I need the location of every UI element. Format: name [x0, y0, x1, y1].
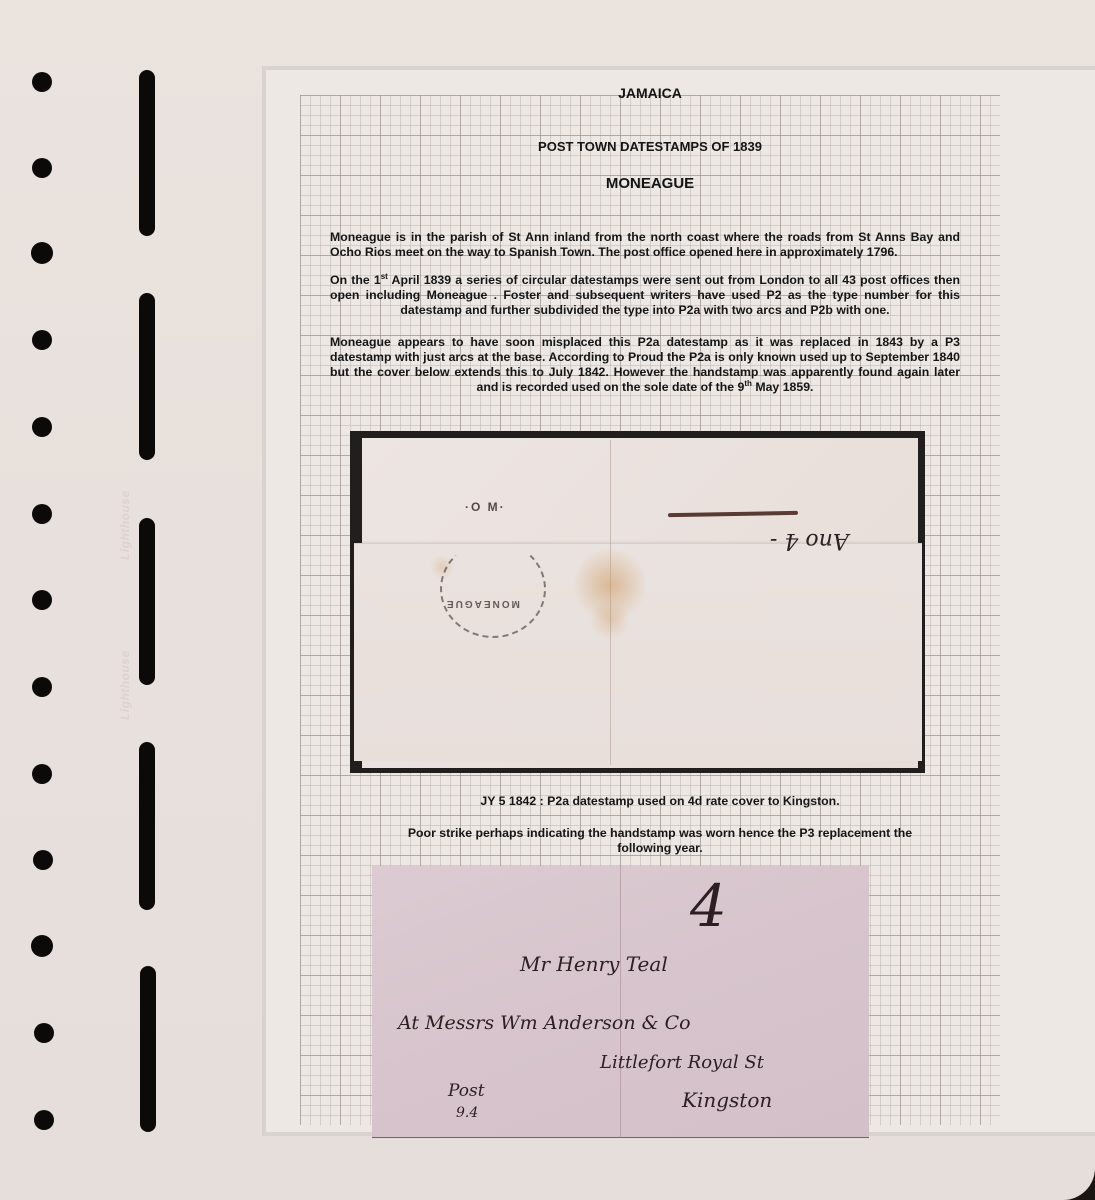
- punch-hole: [32, 72, 52, 92]
- punch-hole: [32, 330, 52, 350]
- page-title-town: MONEAGUE: [300, 175, 1000, 192]
- description-paragraph-datestamps: On the 1st April 1839 a series of circul…: [330, 273, 960, 318]
- punch-hole: [32, 417, 52, 437]
- cover-fold-line: [620, 866, 621, 1138]
- punch-hole: [31, 935, 53, 957]
- album-brand-emboss: Lighthouse: [118, 650, 132, 720]
- post-notation-line: 9.4: [448, 1102, 485, 1124]
- paragraph-text: May 1859.: [752, 380, 814, 394]
- punch-hole: [33, 850, 53, 870]
- cover-caption: JY 5 1842 : P2a datestamp used on 4d rat…: [400, 794, 920, 809]
- punch-hole: [31, 242, 53, 264]
- manuscript-annotation: Ano 4 -: [770, 528, 849, 553]
- album-brand-emboss: Lighthouse: [118, 490, 132, 560]
- datestamp-upper-fragment: ·O M·: [465, 500, 506, 514]
- post-notation-line: Post: [448, 1080, 485, 1102]
- post-notation: Post 9.4: [448, 1080, 485, 1124]
- punch-hole: [32, 504, 52, 524]
- punch-hole: [34, 1110, 54, 1130]
- punch-hole: [32, 158, 52, 178]
- page-title-series: POST TOWN DATESTAMPS OF 1839: [300, 139, 1000, 154]
- page-title-country: JAMAICA: [300, 85, 1000, 101]
- binder-slot: [139, 293, 155, 460]
- manuscript-rate-marking: 4: [690, 872, 727, 940]
- punch-hole: [32, 677, 52, 697]
- circular-datestamp: [440, 540, 546, 638]
- addressee-care-of: At Messrs Wm Anderson & Co: [398, 1012, 691, 1034]
- punch-hole: [32, 590, 52, 610]
- binder-slot: [139, 742, 155, 910]
- punch-hole: [34, 1023, 54, 1043]
- paragraph-text: Moneague appears to have soon misplaced …: [330, 335, 960, 394]
- binder-slot: [140, 966, 156, 1132]
- strike-note: Poor strike perhaps indicating the hands…: [400, 826, 920, 856]
- binder-slot: [139, 518, 155, 685]
- description-paragraph-history: Moneague is in the parish of St Ann inla…: [330, 230, 960, 260]
- addressee-name: Mr Henry Teal: [520, 952, 668, 976]
- ordinal-suffix: st: [381, 272, 388, 281]
- addressee-street: Littlefort Royal St: [600, 1052, 764, 1073]
- description-paragraph-usage: Moneague appears to have soon misplaced …: [330, 335, 960, 395]
- datestamp-town-name: MONEAGUE: [445, 598, 520, 609]
- foxing-stain: [590, 600, 630, 640]
- paragraph-text: April 1839 a series of circular datestam…: [330, 273, 960, 317]
- addressee-city: Kingston: [682, 1088, 772, 1112]
- punch-hole: [32, 764, 52, 784]
- ordinal-suffix: th: [744, 379, 752, 388]
- binder-slot: [139, 70, 155, 236]
- paragraph-text: On the 1: [330, 273, 381, 287]
